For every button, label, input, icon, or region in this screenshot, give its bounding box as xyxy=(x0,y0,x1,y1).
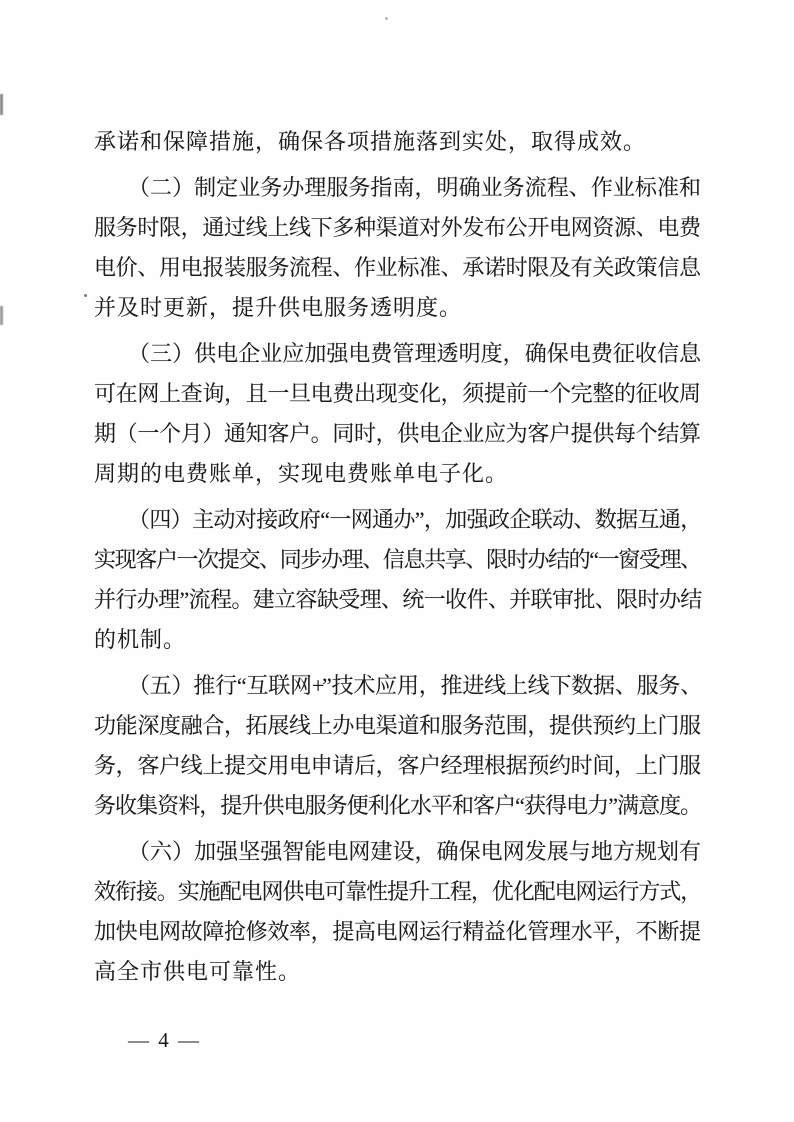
scan-speck-artifact xyxy=(385,17,388,20)
scan-edge-smudge-artifact xyxy=(0,94,3,115)
paragraph-item-3: （三）供电企业应加强电费管理透明度，确保电费征收信息 可在网上查询，且一旦电费出… xyxy=(94,334,700,494)
text-line: （五）推行“互联网+”技术应用，推进线上线下数据、服务、 xyxy=(94,666,700,706)
text-line: 务，客户线上提交用电申请后，客户经理根据预约时间，上门服 xyxy=(94,746,700,786)
text-line: 功能深度融合，拓展线上办电渠道和服务范围，提供预约上门服 xyxy=(94,706,700,746)
text-line: 效衔接。实施配电网供电可靠性提升工程，优化配电网运行方式， xyxy=(94,872,700,912)
text-line: （二）制定业务办理服务指南，明确业务流程、作业标准和 xyxy=(94,168,700,208)
text-line: （六）加强坚强智能电网建设，确保电网发展与地方规划有 xyxy=(94,832,700,872)
text-line: 并行办理”流程。建立容缺受理、统一收件、并联审批、限时办结 xyxy=(94,580,700,620)
paragraph-item-5: （五）推行“互联网+”技术应用，推进线上线下数据、服务、 功能深度融合，拓展线上… xyxy=(94,666,700,826)
scan-edge-smudge-artifact xyxy=(0,306,3,325)
text-line: 期（一个月）通知客户。同时，供电企业应为客户提供每个结算 xyxy=(94,414,700,454)
paragraph-continuation: 承诺和保障措施，确保各项措施落到实处，取得成效。 xyxy=(94,122,700,162)
scan-dot-artifact xyxy=(84,294,87,297)
text-line: 可在网上查询，且一旦电费出现变化，须提前一个完整的征收周 xyxy=(94,374,700,414)
text-line: 的机制。 xyxy=(94,620,700,660)
paragraph-item-6: （六）加强坚强智能电网建设，确保电网发展与地方规划有 效衔接。实施配电网供电可靠… xyxy=(94,832,700,992)
text-line: 承诺和保障措施，确保各项措施落到实处，取得成效。 xyxy=(94,122,700,162)
text-line: 高全市供电可靠性。 xyxy=(94,952,700,992)
text-line: 电价、用电报装服务流程、作业标准、承诺时限及有关政策信息 xyxy=(94,248,700,288)
paragraph-item-4: （四）主动对接政府“一网通办”，加强政企联动、数据互通， 实现客户一次提交、同步… xyxy=(94,500,700,660)
text-line: 服务时限，通过线上线下多种渠道对外发布公开电网资源、电费 xyxy=(94,208,700,248)
text-line: 周期的电费账单，实现电费账单电子化。 xyxy=(94,454,700,494)
text-line: 并及时更新，提升供电服务透明度。 xyxy=(94,288,700,328)
document-body-text: 承诺和保障措施，确保各项措施落到实处，取得成效。 （二）制定业务办理服务指南，明… xyxy=(94,122,700,992)
text-line: （四）主动对接政府“一网通办”，加强政企联动、数据互通， xyxy=(94,500,700,540)
paragraph-item-2: （二）制定业务办理服务指南，明确业务流程、作业标准和 服务时限，通过线上线下多种… xyxy=(94,168,700,328)
scanned-document-page: 承诺和保障措施，确保各项措施落到实处，取得成效。 （二）制定业务办理服务指南，明… xyxy=(0,0,794,1122)
text-line: 务收集资料，提升供电服务便利化水平和客户“获得电力”满意度。 xyxy=(94,786,700,826)
page-number-footer: — 4 — xyxy=(128,1028,201,1053)
text-line: （三）供电企业应加强电费管理透明度，确保电费征收信息 xyxy=(94,334,700,374)
text-line: 实现客户一次提交、同步办理、信息共享、限时办结的“一窗受理、 xyxy=(94,540,700,580)
text-line: 加快电网故障抢修效率，提高电网运行精益化管理水平，不断提 xyxy=(94,912,700,952)
